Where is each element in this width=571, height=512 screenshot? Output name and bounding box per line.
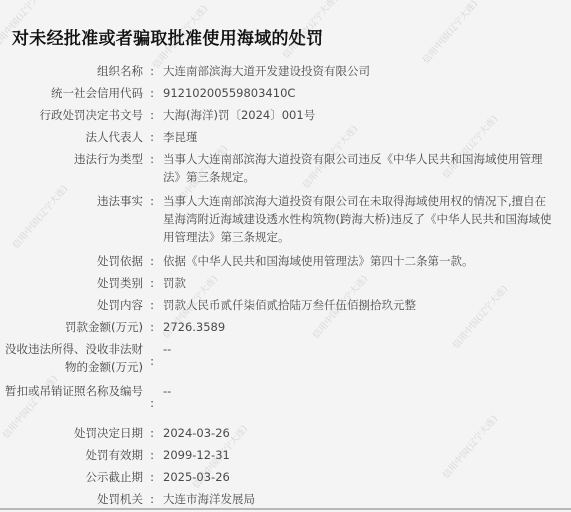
field-colon: :	[143, 84, 161, 102]
field-label: 统一社会信用代码	[0, 84, 143, 102]
field-colon: :	[143, 318, 161, 336]
row-license-revocation: 暂扣或吊销证照名称及编号 : --	[0, 382, 571, 424]
field-value: 大连市海洋发展局	[161, 490, 553, 508]
field-value: 大连南部滨海大道开发建设投资有限公司	[161, 62, 553, 80]
row-penalty-content: 处罚内容 : 罚款人民币贰仟柒佰贰拾陆万叁仟伍佰捌拾玖元整	[0, 296, 571, 318]
field-label: 罚款金额(万元)	[0, 318, 143, 336]
field-label: 没收违法所得、没收非法财物的金额(万元)	[0, 340, 143, 376]
field-colon: :	[143, 352, 161, 370]
field-colon: :	[143, 128, 161, 146]
field-value: 李昆瑾	[161, 128, 553, 146]
field-value: 大海(海洋)罚〔2024〕001号	[161, 106, 553, 124]
field-label: 违法事实	[0, 192, 143, 210]
row-credit-code: 统一社会信用代码 : 91210200559803410C	[0, 84, 571, 106]
page-title: 对未经批准或者骗取批准使用海域的处罚	[12, 24, 323, 49]
field-colon: :	[143, 62, 161, 80]
field-label: 法人代表人	[0, 128, 143, 146]
field-colon: :	[143, 446, 161, 464]
field-colon: :	[143, 274, 161, 292]
field-label: 处罚依据	[0, 252, 143, 270]
field-colon: :	[143, 394, 161, 412]
row-publicity-deadline: 公示截止期 : 2025-03-26	[0, 468, 571, 490]
row-fine-amount: 罚款金额(万元) : 2726.3589	[0, 318, 571, 340]
field-label: 处罚有效期	[0, 446, 143, 464]
field-colon: :	[143, 106, 161, 124]
field-colon: :	[143, 150, 161, 168]
field-colon: :	[143, 192, 161, 210]
field-label: 组织名称	[0, 62, 143, 80]
row-penalty-basis: 处罚依据 : 依据《中华人民共和国海域使用管理法》第四十二条第一款。	[0, 252, 571, 274]
field-label: 处罚机关	[0, 490, 143, 508]
field-colon: :	[143, 468, 161, 486]
row-organization-name: 组织名称 : 大连南部滨海大道开发建设投资有限公司	[0, 62, 571, 84]
field-colon: :	[143, 296, 161, 314]
row-decision-number: 行政处罚决定书文号 : 大海(海洋)罚〔2024〕001号	[0, 106, 571, 128]
field-colon: :	[143, 424, 161, 442]
field-value: 当事人大连南部滨海大道投资有限公司在未取得海域使用权的情况下,擅自在星海湾附近海…	[161, 192, 553, 246]
field-value: 当事人大连南部滨海大道投资有限公司违反《中华人民共和国海域使用管理法》第三条规定…	[161, 150, 553, 186]
field-value: 91210200559803410C	[161, 84, 553, 102]
field-value: 罚款人民币贰仟柒佰贰拾陆万叁仟伍佰捌拾玖元整	[161, 296, 553, 314]
watermark: 信用中国(辽宁大连)	[419, 0, 480, 66]
row-penalty-category: 处罚类别 : 罚款	[0, 274, 571, 296]
field-colon: :	[143, 252, 161, 270]
field-label: 处罚内容	[0, 296, 143, 314]
field-value: --	[161, 382, 553, 400]
field-value: 2099-12-31	[161, 446, 553, 464]
penalty-record-table: 组织名称 : 大连南部滨海大道开发建设投资有限公司 统一社会信用代码 : 912…	[0, 62, 571, 512]
field-label: 公示截止期	[0, 468, 143, 486]
field-value: --	[161, 340, 553, 358]
bottom-divider	[0, 508, 571, 510]
row-violation-type: 违法行为类型 : 当事人大连南部滨海大道投资有限公司违反《中华人民共和国海域使用…	[0, 150, 571, 192]
field-value: 2726.3589	[161, 318, 553, 336]
field-value: 依据《中华人民共和国海域使用管理法》第四十二条第一款。	[161, 252, 553, 270]
field-value: 罚款	[161, 274, 553, 292]
field-colon: :	[143, 490, 161, 508]
field-label: 处罚决定日期	[0, 424, 143, 442]
row-validity-period: 处罚有效期 : 2099-12-31	[0, 446, 571, 468]
row-decision-date: 处罚决定日期 : 2024-03-26	[0, 424, 571, 446]
field-value: 2024-03-26	[161, 424, 553, 442]
field-label: 暂扣或吊销证照名称及编号	[0, 382, 143, 400]
row-violation-facts: 违法事实 : 当事人大连南部滨海大道投资有限公司在未取得海域使用权的情况下,擅自…	[0, 192, 571, 252]
field-label: 违法行为类型	[0, 150, 143, 168]
row-confiscation-amount: 没收违法所得、没收非法财物的金额(万元) : --	[0, 340, 571, 382]
row-legal-representative: 法人代表人 : 李昆瑾	[0, 128, 571, 150]
field-label: 处罚类别	[0, 274, 143, 292]
field-value: 2025-03-26	[161, 468, 553, 486]
field-label: 行政处罚决定书文号	[0, 106, 143, 124]
